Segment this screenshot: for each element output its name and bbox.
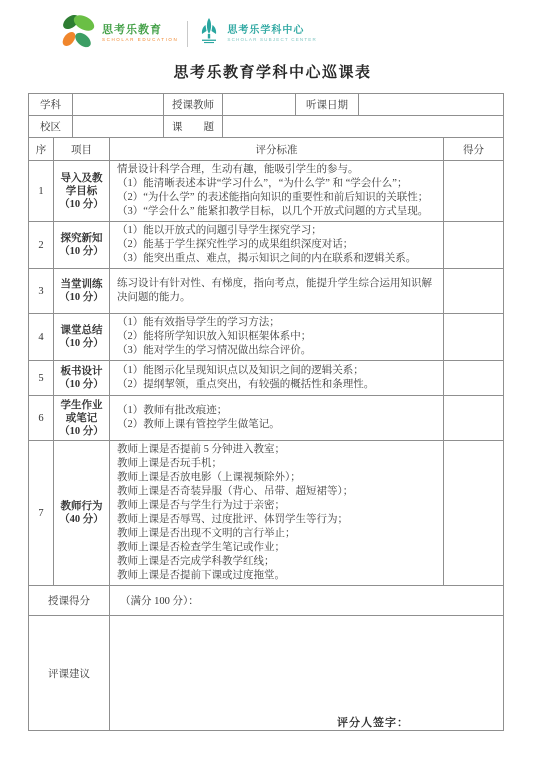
- item-points: （10 分）: [59, 291, 104, 304]
- table-row-item-6: 6 学生作业或笔记 （10 分） （1）教师有批改痕迹； （2）教师上课有管控学…: [29, 396, 504, 441]
- item-criteria: （1）能图示化呈现知识点以及知识之间的逻辑关系； （2）提纲挈领，重点突出，有较…: [110, 361, 444, 396]
- item-criteria: （1）能有效指导学生的学习方法； （2）能将所学知识放入知识框架体系中； （3）…: [110, 314, 444, 361]
- item-criteria: （1）能以开放式的问题引导学生探究学习； （2）能基于学生探究性学习的成果组织深…: [110, 222, 444, 269]
- item-criteria: 情景设计科学合理，生动有趣，能吸引学生的参与。 （1）能清晰表述本讲“学习什么”…: [110, 161, 444, 222]
- criteria-line: （2）提纲挈领，重点突出，有较强的概括性和条理性。: [117, 378, 439, 392]
- criteria-line: （2）“为什么学” 的表述能指向知识的重要性和前后知识的关联性；: [117, 191, 439, 205]
- total-score-cell: （满分 100 分）：: [110, 586, 504, 616]
- criteria-line: 教师上课是否完成学科教学红线；: [117, 555, 439, 569]
- item-label: 教师行为 （40 分）: [54, 441, 110, 586]
- subject-center-logo: 思考乐学科中心 SCHOLAR SUBJECT CENTER: [197, 17, 317, 50]
- criteria-line: （3）能对学生的学习情况做出综合评价。: [117, 344, 439, 358]
- item-label: 导入及教学目标 （10 分）: [54, 161, 110, 222]
- item-score-cell: [444, 314, 504, 361]
- item-name: 导入及教学目标: [54, 172, 109, 198]
- item-points: （10 分）: [59, 425, 104, 438]
- info-row-2: 校区 课 题: [29, 116, 504, 138]
- item-label: 板书设计 （10 分）: [54, 361, 110, 396]
- scholar-education-logo: 思考乐教育 SCHOLAR EDUCATION: [60, 11, 178, 56]
- signature-label: 评分人签字：: [337, 714, 409, 730]
- item-criteria: 教师上课是否提前 5 分钟进入教室； 教师上课是否玩手机； 教师上课是否放电影（…: [110, 441, 444, 586]
- item-criteria: （1）教师有批改痕迹； （2）教师上课有管控学生做笔记。: [110, 396, 444, 441]
- criteria-line: （3）“学会什么” 能紧扣教学目标，以几个开放式问题的方式呈现。: [117, 205, 439, 219]
- criteria-line: （1）能以开放式的问题引导学生探究学习；: [117, 224, 439, 238]
- item-score-cell: [444, 396, 504, 441]
- logo-primary-name: 思考乐教育: [102, 24, 178, 36]
- table-row-item-7: 7 教师行为 （40 分） 教师上课是否提前 5 分钟进入教室； 教师上课是否玩…: [29, 441, 504, 586]
- suggestion-label: 评课建议: [29, 616, 110, 731]
- criteria-line: （1）能清晰表述本讲“学习什么”，“为什么学” 和 “学会什么”；: [117, 177, 439, 191]
- item-name: 学生作业或笔记: [54, 399, 109, 425]
- criteria-line: 教师上课是否检查学生笔记或作业；: [117, 541, 439, 555]
- subject-value-cell: [73, 94, 164, 116]
- leaf-logo-icon: [60, 11, 96, 56]
- criteria-line: 教师上课是否提前 5 分钟进入教室；: [117, 443, 439, 457]
- table-row-item-4: 4 课堂总结 （10 分） （1）能有效指导学生的学习方法； （2）能将所学知识…: [29, 314, 504, 361]
- item-name: 探究新知: [59, 232, 105, 245]
- criteria-line: （1）能图示化呈现知识点以及知识之间的逻辑关系；: [117, 364, 439, 378]
- item-name: 课堂总结: [59, 324, 105, 337]
- item-points: （10 分）: [59, 198, 104, 211]
- item-name: 教师行为: [59, 500, 105, 513]
- criteria-line: 教师上课是否玩手机；: [117, 457, 439, 471]
- item-points: （10 分）: [59, 378, 104, 391]
- subject-label: 学科: [29, 94, 73, 116]
- criteria-line: 教师上课是否辱骂、过度批评、体罚学生等行为；: [117, 513, 439, 527]
- item-label: 课堂总结 （10 分）: [54, 314, 110, 361]
- criteria-line: 练习设计有针对性、有梯度，指向考点，能提升学生综合运用知识解决问题的能力。: [117, 277, 439, 305]
- tower-logo-icon: [197, 17, 221, 50]
- table-row-item-2: 2 探究新知 （10 分） （1）能以开放式的问题引导学生探究学习； （2）能基…: [29, 222, 504, 269]
- score-column-header: 得分: [444, 138, 504, 161]
- criteria-column-header: 评分标准: [110, 138, 444, 161]
- criteria-line: （1）能有效指导学生的学习方法；: [117, 316, 439, 330]
- criteria-line: （1）教师有批改痕迹；: [117, 404, 439, 418]
- criteria-line: 教师上课是否出现不文明的言行举止；: [117, 527, 439, 541]
- brand-header: 思考乐教育 SCHOLAR EDUCATION 思考乐学科中心 SCHOLAR …: [60, 11, 317, 56]
- criteria-line: （2）能基于学生探究性学习的成果组织深度对话；: [117, 238, 439, 252]
- page-title: 思考乐教育学科中心巡课表: [0, 61, 545, 82]
- date-label: 听课日期: [296, 94, 359, 116]
- logo-secondary-subtitle: SCHOLAR SUBJECT CENTER: [227, 38, 317, 43]
- total-score-label: 授课得分: [29, 586, 110, 616]
- item-score-cell: [444, 161, 504, 222]
- table-row-item-5: 5 板书设计 （10 分） （1）能图示化呈现知识点以及知识之间的逻辑关系； （…: [29, 361, 504, 396]
- criteria-line: 教师上课是否与学生行为过于亲密；: [117, 499, 439, 513]
- item-seq: 4: [29, 314, 54, 361]
- item-label: 当堂训练 （10 分）: [54, 269, 110, 314]
- item-seq: 1: [29, 161, 54, 222]
- date-value-cell: [359, 94, 504, 116]
- table-row-item-3: 3 当堂训练 （10 分） 练习设计有针对性、有梯度，指向考点，能提升学生综合运…: [29, 269, 504, 314]
- column-header-row: 序 项目 评分标准 得分: [29, 138, 504, 161]
- criteria-line: 教师上课是否奇装异服（背心、吊带、超短裙等）；: [117, 485, 439, 499]
- criteria-line: （2）教师上课有管控学生做笔记。: [117, 418, 439, 432]
- item-score-cell: [444, 269, 504, 314]
- info-row-1: 学科 授课教师 听课日期: [29, 94, 504, 116]
- logo-secondary-name: 思考乐学科中心: [227, 25, 317, 36]
- criteria-line: 教师上课是否放电影（上课视频除外）；: [117, 471, 439, 485]
- criteria-line: 教师上课是否提前下课或过度拖堂。: [117, 569, 439, 583]
- item-criteria: 练习设计有针对性、有梯度，指向考点，能提升学生综合运用知识解决问题的能力。: [110, 269, 444, 314]
- item-points: （40 分）: [59, 513, 104, 526]
- criteria-line: 情景设计科学合理，生动有趣，能吸引学生的参与。: [117, 163, 439, 177]
- campus-label: 校区: [29, 116, 73, 138]
- inspection-form-sheet: 思考乐教育 SCHOLAR EDUCATION 思考乐学科中心 SCHOLAR …: [0, 0, 545, 771]
- table-row-item-1: 1 导入及教学目标 （10 分） 情景设计科学合理，生动有趣，能吸引学生的参与。…: [29, 161, 504, 222]
- item-score-cell: [444, 222, 504, 269]
- teacher-value-cell: [223, 94, 296, 116]
- teacher-label: 授课教师: [164, 94, 223, 116]
- item-column-header: 项目: [54, 138, 110, 161]
- logo-divider: [187, 21, 188, 47]
- item-score-cell: [444, 361, 504, 396]
- suggestion-row: 评课建议: [29, 616, 504, 731]
- item-seq: 3: [29, 269, 54, 314]
- item-seq: 5: [29, 361, 54, 396]
- item-points: （10 分）: [59, 245, 104, 258]
- inspection-table: 学科 授课教师 听课日期 校区 课 题 序 项目 评分标准 得分 1 导入及教学…: [28, 93, 504, 731]
- item-score-cell: [444, 441, 504, 586]
- seq-column-header: 序: [29, 138, 54, 161]
- item-label: 探究新知 （10 分）: [54, 222, 110, 269]
- total-score-row: 授课得分 （满分 100 分）：: [29, 586, 504, 616]
- suggestion-cell: [110, 616, 504, 731]
- item-label: 学生作业或笔记 （10 分）: [54, 396, 110, 441]
- item-seq: 2: [29, 222, 54, 269]
- campus-value-cell: [73, 116, 164, 138]
- item-name: 板书设计: [59, 365, 105, 378]
- item-name: 当堂训练: [59, 278, 105, 291]
- item-seq: 6: [29, 396, 54, 441]
- criteria-line: （3）能突出重点、难点，揭示知识之间的内在联系和逻辑关系。: [117, 252, 439, 266]
- topic-value-cell: [223, 116, 504, 138]
- topic-label: 课 题: [164, 116, 223, 138]
- item-seq: 7: [29, 441, 54, 586]
- item-points: （10 分）: [59, 337, 104, 350]
- logo-primary-subtitle: SCHOLAR EDUCATION: [102, 38, 178, 43]
- criteria-line: （2）能将所学知识放入知识框架体系中；: [117, 330, 439, 344]
